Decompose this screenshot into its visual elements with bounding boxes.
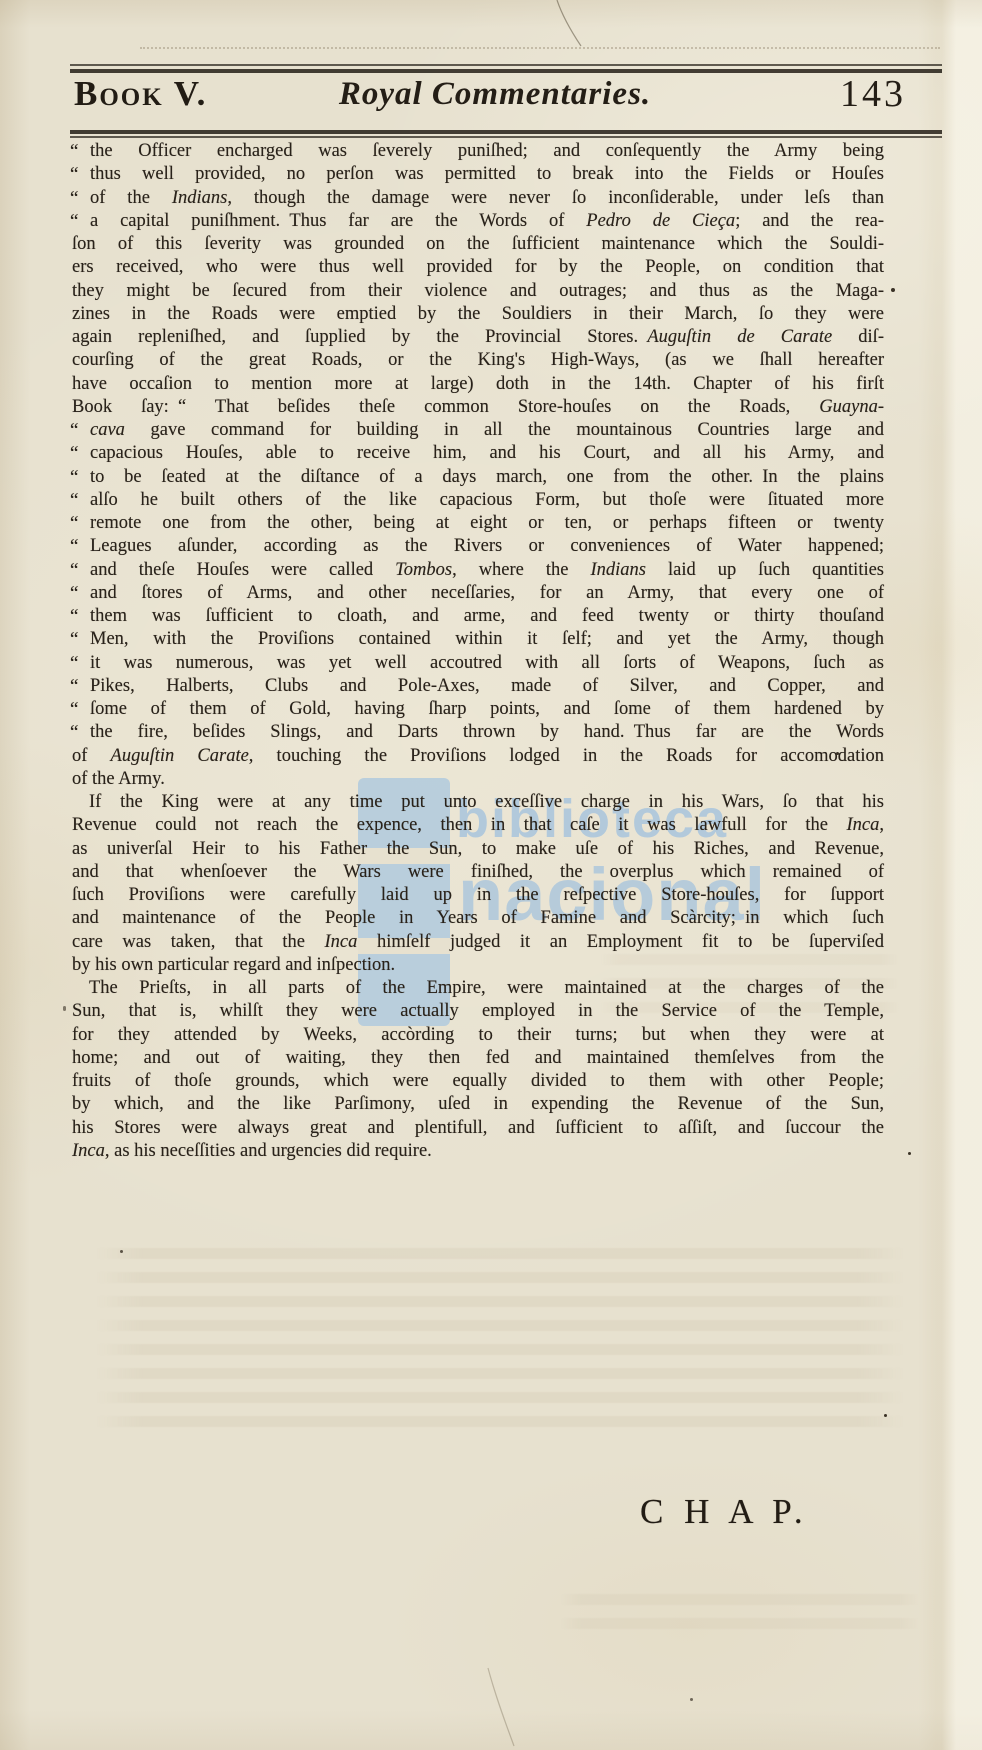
italic-text: Indians — [172, 188, 228, 208]
text-line: ſuch Proviſions were carefully laid up i… — [72, 884, 884, 907]
text-line: “Pikes, Halberts, Clubs and Pole-Axes, m… — [72, 675, 884, 698]
text-line: “to be ſeated at the diſtance of a days … — [72, 466, 884, 489]
paper-speck — [908, 1152, 911, 1155]
plain-text: Book ſay: “ That beſides theſe common St… — [72, 397, 819, 417]
plain-text: to be ſeated at the diſtance of a days m… — [90, 467, 884, 487]
text-line: of the Army. — [72, 768, 884, 791]
text-line: home; and out of waiting, they then fed … — [72, 1047, 884, 1070]
plain-text: zines in the Roads were emptied by the S… — [72, 304, 884, 324]
text-line: “them was ſufficient to cloath, and arme… — [72, 605, 884, 628]
text-line: “of the Indians, though the damage were … — [72, 187, 884, 210]
plain-text: If the King were at any time put unto ex… — [89, 792, 884, 812]
text-line: “and ſtores of Arms, and other neceſſari… — [72, 582, 884, 605]
italic-text: Inca — [847, 815, 880, 835]
text-line: Inca, as his neceſſities and urgencies d… — [72, 1140, 884, 1163]
text-line: “it was numerous, was yet well accoutred… — [72, 652, 884, 675]
plain-text: they might be ſecured from their violenc… — [72, 281, 884, 301]
text-line: as univerſal Heir to his Father the Sun,… — [72, 838, 884, 861]
header-rule-bottom-thin — [70, 136, 942, 138]
paper-speck — [891, 288, 895, 292]
text-line: “the fire, beſides Slings, and Darts thr… — [72, 721, 884, 744]
scratch-mark — [480, 1660, 525, 1750]
plain-text: Pikes, Halberts, Clubs and Pole-Axes, ma… — [90, 676, 884, 696]
quote-mark: “ — [70, 628, 78, 651]
paper-speck — [690, 1698, 693, 1701]
plain-text: capacious Houſes, able to receive him, a… — [90, 443, 884, 463]
quote-mark: “ — [70, 535, 78, 558]
quote-mark: “ — [70, 652, 78, 675]
plain-text: Sun, that is, whilſt they were actually … — [72, 1001, 884, 1021]
plain-text: The Prieſts, in all parts of the Empire,… — [89, 978, 884, 998]
running-title: Royal Commentaries. — [320, 76, 670, 113]
text-line: and that whenſoever the Wars were finiſh… — [72, 861, 884, 884]
plain-text: diſ- — [832, 327, 884, 347]
text-line: have occaſion to mention more at large) … — [72, 373, 884, 396]
plain-text: , — [879, 815, 884, 835]
italic-text: Pedro de Cieça — [586, 211, 735, 231]
text-line: Book ſay: “ That beſides theſe common St… — [72, 396, 884, 419]
quote-mark: “ — [70, 187, 78, 210]
bleedthrough-area — [95, 1242, 905, 1438]
italic-text: Tombos — [395, 560, 452, 580]
plain-text: by his own particular regard and inſpect… — [72, 955, 395, 975]
plain-text: and ſtores of Arms, and other neceſſarie… — [90, 583, 884, 603]
plain-text: and maintenance of the People in Years o… — [72, 908, 884, 928]
text-block: “the Officer encharged was ſeverely puni… — [72, 140, 884, 1163]
italic-text: cava — [90, 420, 125, 440]
quote-mark: “ — [70, 419, 78, 442]
plain-text: himſelf judged it an Employment fit to b… — [357, 932, 884, 952]
quote-mark: “ — [70, 675, 78, 698]
plain-text: Leagues aſunder, according as the Rivers… — [90, 536, 884, 556]
catchword: C H A P. — [640, 1492, 809, 1532]
quote-mark: “ — [70, 582, 78, 605]
text-line: “Leagues aſunder, according as the River… — [72, 535, 884, 558]
plain-text: and theſe Houſes were called — [90, 560, 395, 580]
plain-text: it was numerous, was yet well accoutred … — [90, 653, 884, 673]
plain-text: home; and out of waiting, they then fed … — [72, 1048, 884, 1068]
text-line: “cava gave command for building in all t… — [72, 419, 884, 442]
quote-mark: “ — [70, 163, 78, 186]
text-line: “remote one from the other, being at eig… — [72, 512, 884, 535]
header-rule-bottom-thick — [70, 130, 942, 134]
plain-text: laid up ſuch quantities — [646, 560, 884, 580]
text-line: The Prieſts, in all parts of the Empire,… — [72, 977, 884, 1000]
plain-text: his Stores were always great and plentif… — [72, 1118, 884, 1138]
plain-text: ſuch Proviſions were carefully laid up i… — [72, 885, 884, 905]
header-rule-top-thin — [70, 64, 942, 66]
plain-text: of the Army. — [72, 769, 165, 789]
italic-text: Guayna- — [819, 397, 884, 417]
quote-mark: “ — [70, 466, 78, 489]
text-line: ſon of this ſeverity was grounded on the… — [72, 233, 884, 256]
italic-text: Inca — [325, 932, 358, 952]
text-line: “a capital puniſhment. Thus far are the … — [72, 210, 884, 233]
plain-text: ; and the rea- — [735, 211, 884, 231]
plain-text: care was taken, that the — [72, 932, 325, 952]
plain-text: thus well provided, no perſon was permit… — [90, 164, 884, 184]
text-line: “capacious Houſes, able to receive him, … — [72, 442, 884, 465]
header-rule-top-thick — [70, 69, 942, 73]
quote-mark: “ — [70, 559, 78, 582]
text-line: by his own particular regard and inſpect… — [72, 954, 884, 977]
plain-text: again repleniſhed, and ſupplied by the P… — [72, 327, 647, 347]
plain-text: fruits of thoſe grounds, which were equa… — [72, 1071, 884, 1091]
plain-text: them was ſufficient to cloath, and arme,… — [90, 606, 884, 626]
page-number: 143 — [840, 72, 906, 116]
plain-text: Men, with the Proviſions contained withi… — [90, 629, 884, 649]
text-line: “and theſe Houſes were called Tombos, wh… — [72, 559, 884, 582]
text-line: “alſo he built others of the like capaci… — [72, 489, 884, 512]
plain-text: , though the damage were never ſo inconſ… — [227, 188, 884, 208]
plain-text: courſing of the great Roads, or the King… — [72, 350, 884, 370]
plain-text: a capital puniſhment. Thus far are the W… — [90, 211, 586, 231]
quote-mark: “ — [70, 698, 78, 721]
plain-text: as univerſal Heir to his Father the Sun,… — [72, 839, 884, 859]
plain-text: remote one from the other, being at eigh… — [90, 513, 884, 533]
paper-speck — [120, 1250, 123, 1253]
plain-text: of the — [90, 188, 172, 208]
text-line: again repleniſhed, and ſupplied by the P… — [72, 326, 884, 349]
text-line: If the King were at any time put unto ex… — [72, 791, 884, 814]
italic-text: Inca — [72, 1141, 105, 1161]
quote-mark: “ — [70, 442, 78, 465]
plain-text: by which, and the like Parſimony, uſed i… — [72, 1094, 884, 1114]
plain-text: ers received, who were thus well provide… — [72, 257, 884, 277]
italic-text: Auguſtin Carate — [111, 746, 249, 766]
text-line: Sun, that is, whilſt they were actually … — [72, 1000, 884, 1023]
quote-mark: “ — [70, 512, 78, 535]
text-line: of Auguſtin Carate, touching the Proviſi… — [72, 745, 884, 768]
paper-speck — [63, 1006, 66, 1011]
plain-text: ſon of this ſeverity was grounded on the… — [72, 234, 884, 254]
plain-text: of — [72, 746, 111, 766]
text-line: “the Officer encharged was ſeverely puni… — [72, 140, 884, 163]
text-line: his Stores were always great and plentif… — [72, 1117, 884, 1140]
plain-text: , as his neceſſities and urgencies did r… — [105, 1141, 432, 1161]
book-page: Book V. Royal Commentaries. 143 bibliote… — [0, 0, 982, 1750]
plain-text: , touching the Proviſions lodged in the … — [249, 746, 884, 766]
text-line: courſing of the great Roads, or the King… — [72, 349, 884, 372]
plain-text: Revenue could not reach the expence, the… — [72, 815, 847, 835]
book-label: Book V. — [74, 74, 207, 114]
text-line: care was taken, that the Inca himſelf ju… — [72, 931, 884, 954]
text-line: “thus well provided, no perſon was permi… — [72, 163, 884, 186]
plain-text: alſo he built others of the like capacio… — [90, 490, 884, 510]
text-line: fruits of thoſe grounds, which were equa… — [72, 1070, 884, 1093]
text-line: ers received, who were thus well provide… — [72, 256, 884, 279]
paper-speck — [884, 1414, 887, 1417]
plain-text: have occaſion to mention more at large) … — [72, 374, 884, 394]
plain-text: the Officer encharged was ſeverely puniſ… — [90, 141, 884, 161]
bleed-dotted-line — [140, 47, 940, 49]
plain-text: ſome of them of Gold, having ſharp point… — [90, 699, 884, 719]
quote-mark: “ — [70, 140, 78, 163]
text-line: by which, and the like Parſimony, uſed i… — [72, 1093, 884, 1116]
text-line: they might be ſecured from their violenc… — [72, 280, 884, 303]
text-line: and maintenance of the People in Years o… — [72, 907, 884, 930]
plain-text: , where the — [452, 560, 590, 580]
text-line: “ſome of them of Gold, having ſharp poin… — [72, 698, 884, 721]
italic-text: Indians — [591, 560, 647, 580]
scratch-mark — [545, 0, 595, 50]
paper-speck — [836, 752, 839, 755]
text-line: zines in the Roads were emptied by the S… — [72, 303, 884, 326]
quote-mark: “ — [70, 721, 78, 744]
plain-text: and that whenſoever the Wars were finiſh… — [72, 862, 884, 882]
italic-text: Auguſtin de Carate — [647, 327, 832, 347]
text-line: “Men, with the Proviſions contained with… — [72, 628, 884, 651]
plain-text: for they attended by Weeks, accòrding to… — [72, 1025, 884, 1045]
quote-mark: “ — [70, 489, 78, 512]
plain-text: the fire, beſides Slings, and Darts thro… — [90, 722, 884, 742]
plain-text: gave command for building in all the mou… — [125, 420, 884, 440]
text-line: Revenue could not reach the expence, the… — [72, 814, 884, 837]
quote-mark: “ — [70, 605, 78, 628]
quote-mark: “ — [70, 210, 78, 233]
text-line: for they attended by Weeks, accòrding to… — [72, 1024, 884, 1047]
bleedthrough-area — [560, 1588, 920, 1634]
